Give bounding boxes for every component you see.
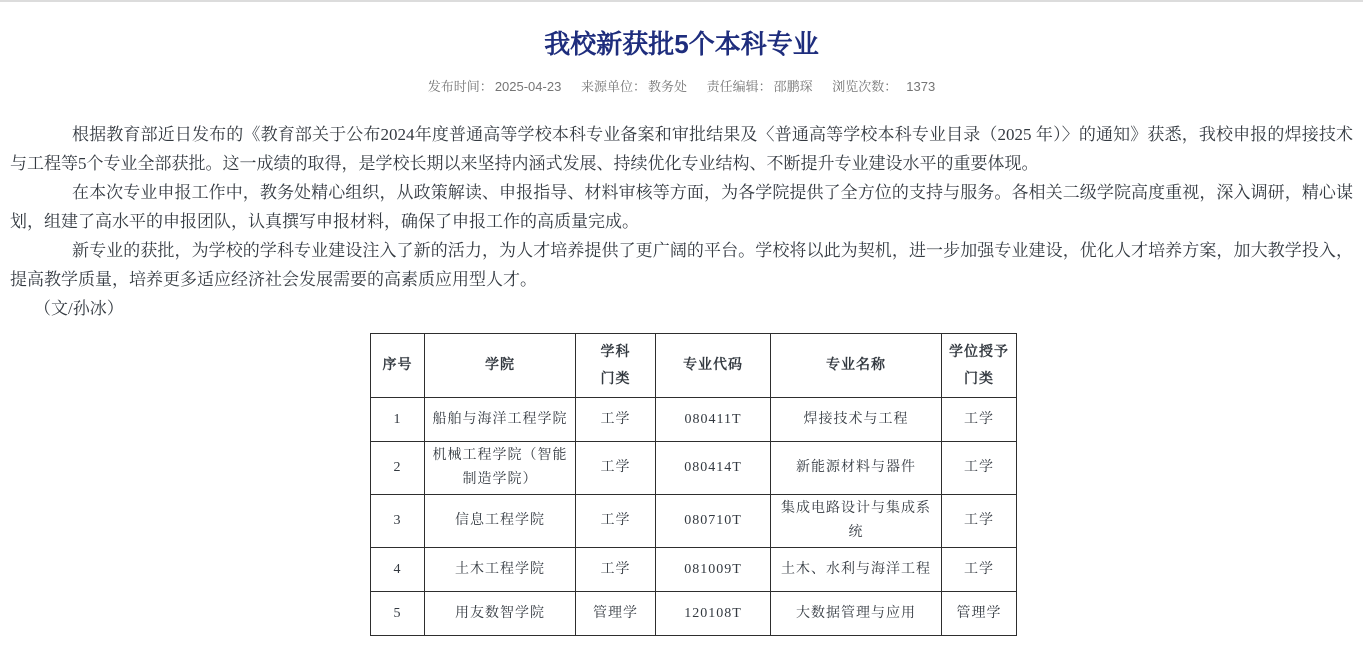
meta-view-count-value: 1373: [906, 79, 935, 94]
table-cell: 管理学: [942, 592, 1017, 636]
table-cell: 船舶与海洋工程学院: [425, 398, 576, 442]
table-cell: 1: [371, 398, 425, 442]
meta-editor: 责任编辑：邵鹏琛: [707, 79, 813, 94]
table-cell: 080411T: [656, 398, 771, 442]
paragraph-3: 新专业的获批，为学校的学科专业建设注入了新的活力，为人才培养提供了更广阔的平台。…: [10, 236, 1353, 294]
table-cell: 080710T: [656, 495, 771, 548]
table-row: 1 船舶与海洋工程学院 工学 080411T 焊接技术与工程 工学: [371, 398, 1017, 442]
table-cell: 新能源材料与器件: [771, 442, 942, 495]
table-cell: 大数据管理与应用: [771, 592, 942, 636]
table-cell: 2: [371, 442, 425, 495]
table-row: 5 用友数智学院 管理学 120108T 大数据管理与应用 管理学: [371, 592, 1017, 636]
header-serial-number: 序号: [371, 334, 425, 398]
table-cell: 120108T: [656, 592, 771, 636]
table-cell: 工学: [576, 495, 656, 548]
table-row: 3 信息工程学院 工学 080710T 集成电路设计与集成系统 工学: [371, 495, 1017, 548]
article-meta: 发布时间：2025-04-23 来源单位：教务处 责任编辑：邵鹏琛 浏览次数：1…: [0, 76, 1363, 95]
table-cell: 4: [371, 548, 425, 592]
table-cell: 焊接技术与工程: [771, 398, 942, 442]
table-cell: 土木工程学院: [425, 548, 576, 592]
meta-view-count: 浏览次数：1373: [832, 79, 935, 94]
article-page: 我校新获批5个本科专业 发布时间：2025-04-23 来源单位：教务处 责任编…: [0, 28, 1363, 636]
majors-table: 序号 学院 学科 门类 专业代码 专业名称 学位授予 门类 1 船舶与海洋工程学…: [370, 333, 1017, 636]
table-cell: 080414T: [656, 442, 771, 495]
meta-publish-time-value: 2025-04-23: [495, 79, 562, 94]
meta-view-count-label: 浏览次数：: [832, 79, 897, 94]
article-title: 我校新获批5个本科专业: [0, 28, 1363, 60]
meta-publish-time: 发布时间：2025-04-23: [428, 79, 562, 94]
table-cell: 工学: [942, 398, 1017, 442]
table-cell: 3: [371, 495, 425, 548]
meta-editor-value: 邵鹏琛: [774, 79, 813, 94]
table-cell: 信息工程学院: [425, 495, 576, 548]
table-cell: 集成电路设计与集成系统: [771, 495, 942, 548]
header-college: 学院: [425, 334, 576, 398]
article-body: 根据教育部近日发布的《教育部关于公布2024年度普通高等学校本科专业备案和审批结…: [10, 120, 1353, 323]
meta-source-unit-value: 教务处: [648, 79, 687, 94]
table-cell: 工学: [576, 442, 656, 495]
meta-source-unit: 来源单位：教务处: [581, 79, 687, 94]
table-cell: 工学: [576, 398, 656, 442]
table-cell: 5: [371, 592, 425, 636]
table-cell: 工学: [576, 548, 656, 592]
table-header-row: 序号 学院 学科 门类 专业代码 专业名称 学位授予 门类: [371, 334, 1017, 398]
meta-publish-time-label: 发布时间：: [428, 79, 493, 94]
table-cell: 管理学: [576, 592, 656, 636]
header-degree-category: 学位授予 门类: [942, 334, 1017, 398]
paragraph-1: 根据教育部近日发布的《教育部关于公布2024年度普通高等学校本科专业备案和审批结…: [10, 120, 1353, 178]
byline: （文/孙冰）: [10, 294, 1353, 323]
header-discipline-category: 学科 门类: [576, 334, 656, 398]
table-cell: 机械工程学院（智能制造学院）: [425, 442, 576, 495]
table-cell: 土木、水利与海洋工程: [771, 548, 942, 592]
paragraph-2: 在本次专业申报工作中，教务处精心组织，从政策解读、申报指导、材料审核等方面，为各…: [10, 178, 1353, 236]
meta-source-unit-label: 来源单位：: [581, 79, 646, 94]
table-row: 4 土木工程学院 工学 081009T 土木、水利与海洋工程 工学: [371, 548, 1017, 592]
header-major-name: 专业名称: [771, 334, 942, 398]
table-cell: 用友数智学院: [425, 592, 576, 636]
table-cell: 081009T: [656, 548, 771, 592]
table-row: 2 机械工程学院（智能制造学院） 工学 080414T 新能源材料与器件 工学: [371, 442, 1017, 495]
header-major-code: 专业代码: [656, 334, 771, 398]
meta-editor-label: 责任编辑：: [707, 79, 772, 94]
table-cell: 工学: [942, 495, 1017, 548]
page-top-divider: [0, 0, 1363, 2]
table-cell: 工学: [942, 548, 1017, 592]
table-cell: 工学: [942, 442, 1017, 495]
